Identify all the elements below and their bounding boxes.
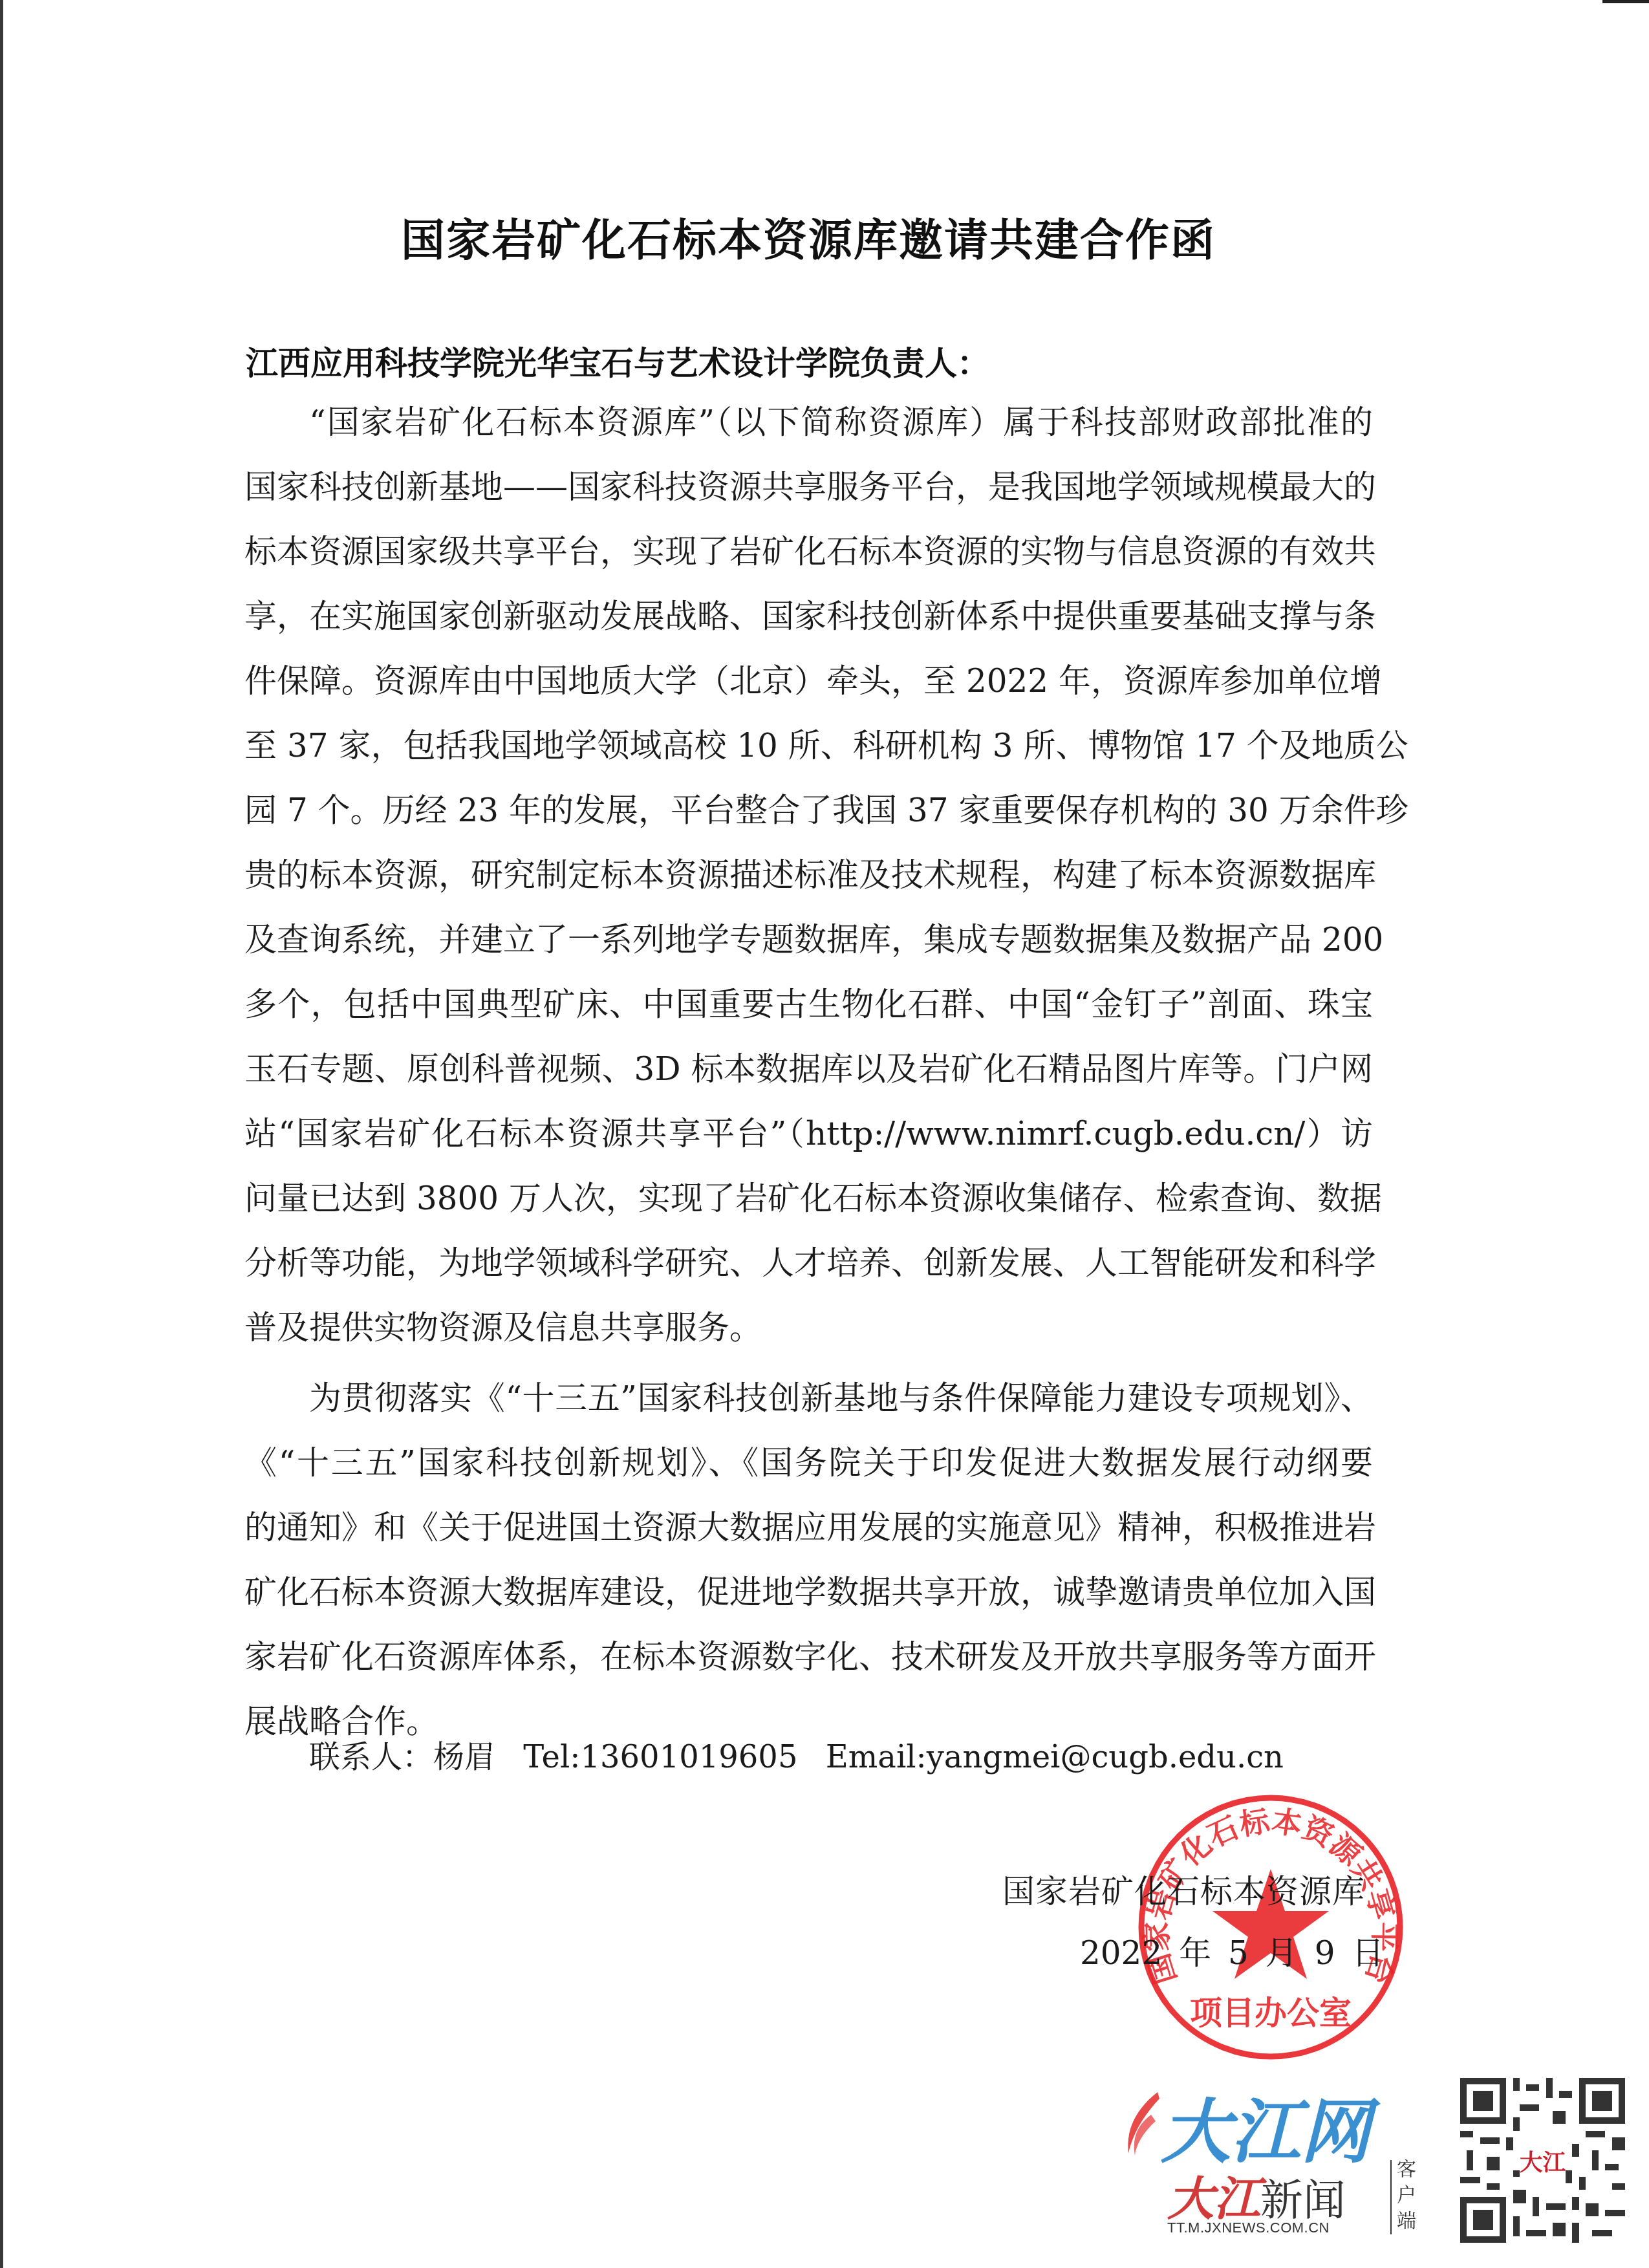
body-line: 及查询系统，并建立了一系列地学专题数据库，集成专题数据集及数据产品 200 [244, 907, 1373, 972]
body-line: 为贯彻落实《“十三五”国家科技创新基地与条件保障能力建设专项规划》、 [244, 1366, 1373, 1431]
addressee: 江西应用科技学院光华宝石与艺术设计学院负责人： [246, 338, 989, 384]
signature-organization: 国家岩矿化石标本资源库 [1002, 1866, 1365, 1912]
body-line: 矿化石标本资源大数据库建设，促进地学数据共享开放，诚挚邀请贵单位加入国 [244, 1560, 1373, 1625]
body-line: “国家岩矿化石标本资源库”（以下简称资源库）属于科技部财政部批准的 [244, 390, 1373, 455]
body-line: 至 37 家，包括我国地学领域高校 10 所、科研机构 3 所、博物馆 17 个… [244, 713, 1373, 778]
logo-news: 新闻 [1260, 2176, 1346, 2225]
contact-tel: Tel:13601019605 [523, 1739, 797, 1775]
qr-center-logo: 大江 [1520, 2150, 1566, 2176]
signature-date: 2022 年 5 月 9 日 [1080, 1927, 1384, 1974]
scan-edge [0, 0, 3, 2268]
logo-dajiang-red: 大江 [1167, 2172, 1260, 2226]
body-line: 《“十三五”国家科技创新规划》、《国务院关于印发促进大数据发展行动纲要 [244, 1431, 1373, 1495]
logo-dajiang-news: 大江新闻 [1167, 2161, 1346, 2229]
body-line: 家岩矿化石资源库体系，在标本资源数字化、技术研发及开放共享服务等方面开 [244, 1625, 1373, 1689]
body-line: 件保障。资源库由中国地质大学（北京）牵头，至 2022 年，资源库参加单位增 [244, 649, 1373, 713]
swoosh-logo-icon [1122, 2092, 1161, 2157]
body-line: 的通知》和《关于促进国土资源大数据应用发展的实施意见》精神，积极推进岩 [244, 1495, 1373, 1560]
body-line: 贵的标本资源，研究制定标本资源描述标准及技术规程，构建了标本资源数据库 [244, 843, 1373, 907]
logo-url: TT.M.JXNEWS.COM.CN [1167, 2219, 1330, 2236]
paragraph-1: “国家岩矿化石标本资源库”（以下简称资源库）属于科技部财政部批准的 国家科技创新… [244, 390, 1373, 1360]
contact-person: 联系人：杨眉 [309, 1739, 495, 1775]
body-line: 问量已达到 3800 万人次，实现了岩矿化石标本资源收集储存、检索查询、数据 [244, 1166, 1373, 1231]
body-line: 园 7 个。历经 23 年的发展，平台整合了我国 37 家重要保存机构的 30 … [244, 778, 1373, 843]
body-line: 玉石专题、原创科普视频、3D 标本数据库以及岩矿化石精品图片库等。门户网 [244, 1037, 1373, 1101]
paragraph-2: 为贯彻落实《“十三五”国家科技创新基地与条件保障能力建设专项规划》、 《“十三五… [244, 1366, 1373, 1754]
body-line: 分析等功能，为地学领域科学研究、人才培养、创新发展、人工智能研发和科学 [244, 1231, 1373, 1295]
document-title: 国家岩矿化石标本资源库邀请共建合作函 [323, 206, 1293, 268]
logo-client-label: 客户端 [1397, 2157, 1419, 2234]
qr-code[interactable]: 大江 [1460, 2078, 1625, 2243]
logo-divider [1390, 2160, 1392, 2234]
body-line: 站“国家岩矿化石标本资源共享平台”（http://www.nimrf.cugb.… [244, 1101, 1373, 1166]
body-line: 标本资源国家级共享平台，实现了岩矿化石标本资源的实物与信息资源的有效共 [244, 519, 1373, 584]
body-line: 国家科技创新基地——国家科技资源共享服务平台，是我国地学领域规模最大的 [244, 455, 1373, 519]
contact-info: 联系人：杨眉 Tel:13601019605 Email:yangmei@cug… [309, 1732, 1302, 1777]
dajiang-watermark: 大江网 大江新闻 TT.M.JXNEWS.COM.CN 客户端 [1161, 2076, 1465, 2244]
contact-email: Email:yangmei@cugb.edu.cn [826, 1739, 1284, 1775]
stamp-bottom-text: 项目办公室 [1190, 1994, 1352, 2032]
body-line: 普及提供实物资源及信息共享服务。 [244, 1295, 1373, 1360]
scan-edge-top [1602, 0, 1649, 3]
body-line: 多个，包括中国典型矿床、中国重要古生物化石群、中国“金钉子”剖面、珠宝 [244, 972, 1373, 1037]
body-line: 享，在实施国家创新驱动发展战略、国家科技创新体系中提供重要基础支撑与条 [244, 584, 1373, 649]
